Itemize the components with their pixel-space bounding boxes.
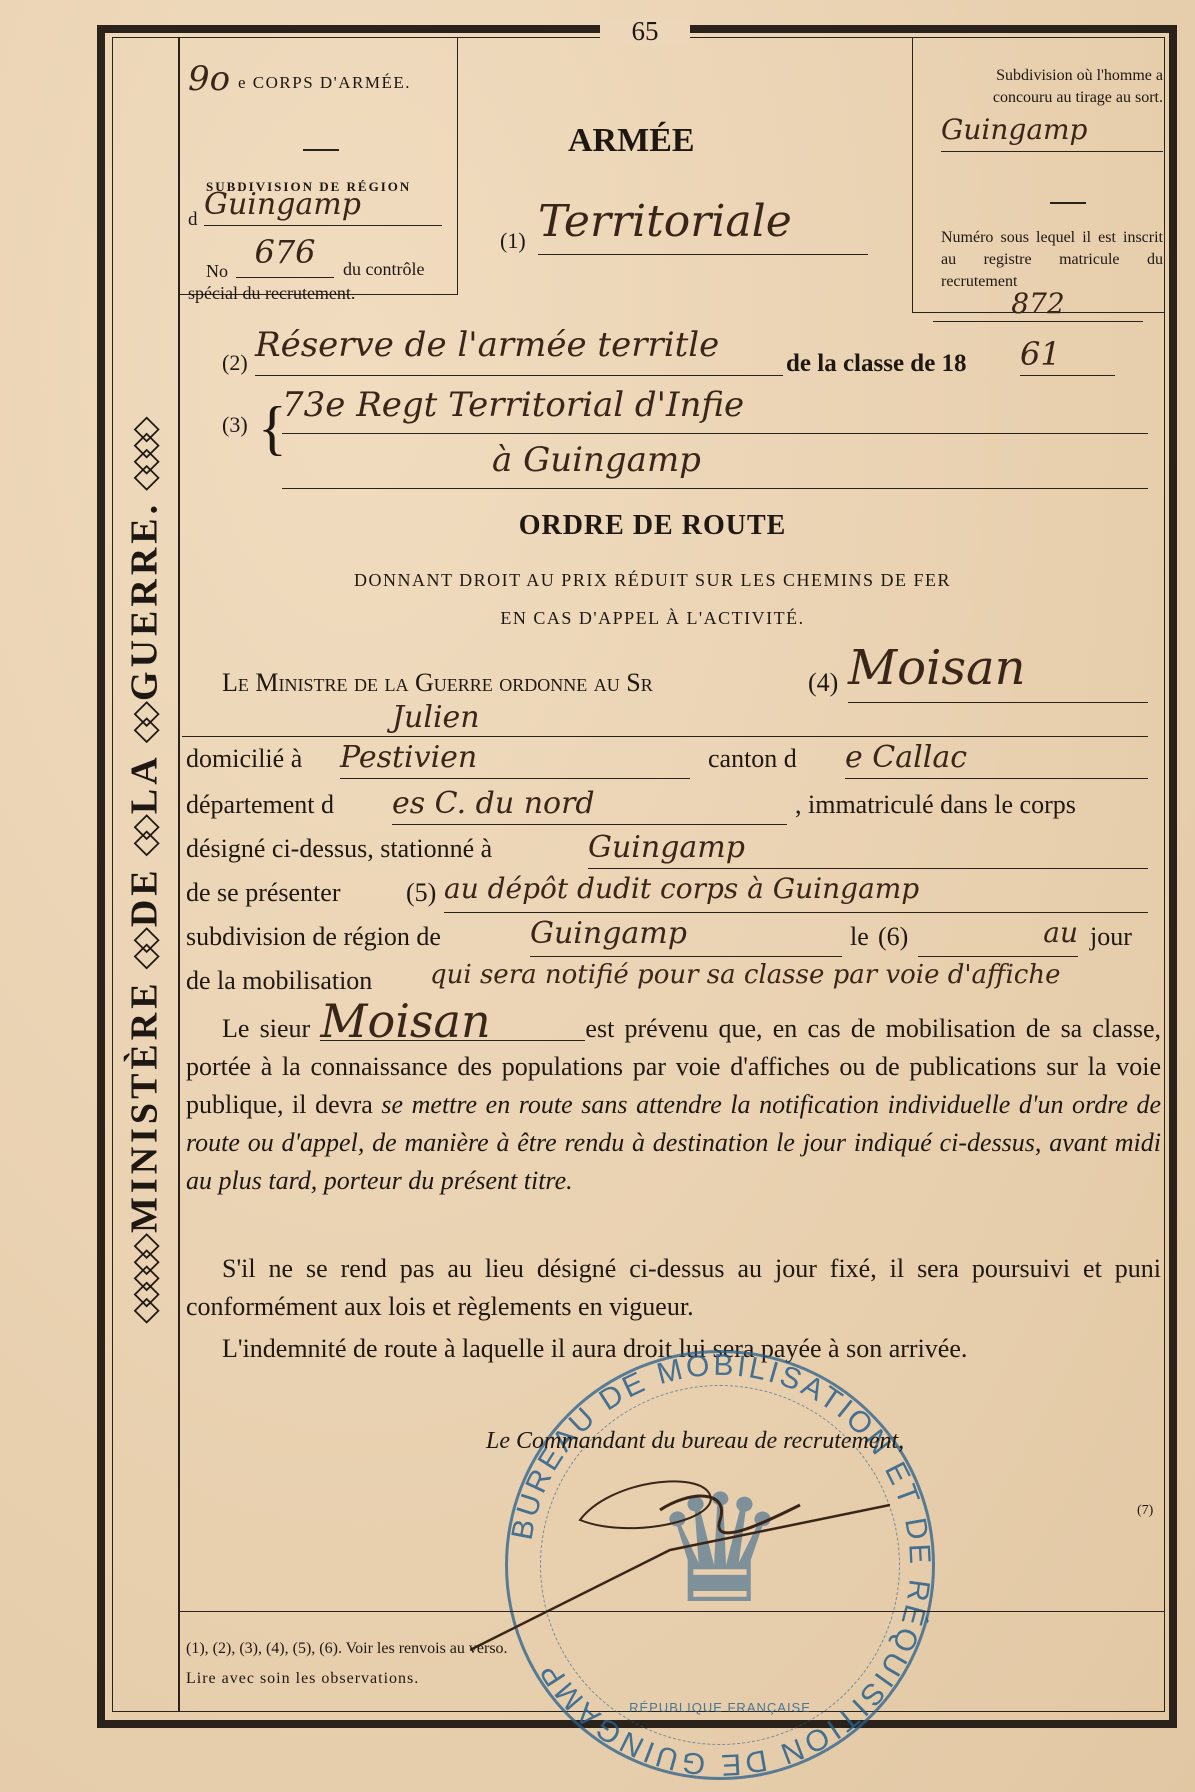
ref-2: (2) [222,350,248,376]
subdivision-region-label: subdivision de région de [186,918,441,956]
ref-6: (6) [878,918,908,956]
canton-field: e Callac [845,740,1148,779]
reserve-field: Réserve de l'armée territle [255,325,783,376]
sieur-label: Le sieur [222,1014,310,1043]
designe-label: désigné ci-dessus, stationné à [186,830,492,868]
corps-label: e CORPS D'ARMÉE. [238,73,411,93]
corps-divider [303,149,339,151]
order-subtitle-2: EN CAS D'APPEL À L'ACTIVITÉ. [0,608,1195,629]
lattice-ornament-icon: ◇◇ [125,824,165,856]
lattice-ornament-icon: ◇◇ [125,937,165,969]
tirage-divider [1050,202,1086,204]
subdivision-region-field: Guingamp [530,916,842,957]
stationne-field: Guingamp [588,830,1148,869]
corps-number: 9o [188,59,230,99]
lattice-ornament-icon: ◇◇◇◇◇ [125,1242,165,1323]
presenter-label: de se présenter [186,874,340,912]
sieur-field: Moisan [320,1002,585,1041]
army-title: ARMÉE [568,122,695,160]
jour-label: jour [1090,918,1132,956]
tirage-box: Subdivision où l'homme a concouru au tir… [912,37,1165,313]
lattice-ornament-icon: ◇◇ [125,710,165,742]
unit-field-1: 73e Regt Territorial d'Infie [282,385,1148,434]
unit-field-2: à Guingamp [282,440,1148,489]
jour-field: au [918,916,1078,957]
page-number: 65 [600,16,690,47]
lattice-ornament-icon: ◇◇◇◇ [125,426,165,491]
strip-word-de: DE [123,866,167,927]
immatricule-label: , immatriculé dans le corps [795,786,1076,824]
subdivision-field: Guingamp [204,187,442,226]
departement-field: es C. du nord [392,786,787,825]
number-field: 676 [236,233,334,278]
army-field: Territoriale [538,196,868,255]
read-note: Lire avec soin les observations. [186,1670,419,1688]
surname-field: Moisan [848,640,1148,703]
canton-label: canton d [708,740,797,778]
strip-word-la: LA [123,753,167,814]
order-title: ORDRE DE ROUTE [0,510,1195,542]
presenter-field: au dépôt dudit corps à Guingamp [444,872,1148,913]
matricule-label: Numéro sous lequel il est inscrit au reg… [941,227,1163,293]
class-label: de la classe de 18 [786,350,967,378]
control-label-2: spécial du recrutement. [188,283,355,304]
class-year-field: 61 [1020,335,1115,376]
ref-5: (5) [406,874,436,912]
ref-1: (1) [500,228,526,254]
signature-mark [470,1450,890,1660]
corps-box: 9o e CORPS D'ARMÉE. SUBDIVISION DE RÉGIO… [178,37,458,295]
matricule-field: 872 [933,287,1143,322]
ref-3: (3) [222,412,248,438]
strip-word-ministere: MINISTÈRE [123,979,167,1233]
le-label: le [850,918,869,956]
domicile-field: Pestivien [340,740,690,779]
refs-note: (1), (2), (3), (4), (5), (6). Voir les r… [186,1640,508,1658]
firstname-field: Julien [182,700,1148,737]
side-strip-text: ◇◇◇◇◇ MINISTÈRE ◇◇ DE ◇◇ LA ◇◇ GUERRE. ◇… [123,426,167,1323]
ref-4: (4) [808,664,838,702]
stamp-center-text: RÉPUBLIQUE FRANÇAISE [600,1700,840,1715]
subdivision-prefix: d [188,209,198,231]
order-subtitle-1: DONNANT DROIT AU PRIX RÉDUIT SUR LES CHE… [0,570,1195,591]
departement-label: département d [186,786,334,824]
control-label-1: du contrôle [343,259,424,280]
number-label: No [206,261,228,282]
mobilisation-field: qui sera notifié pour sa classe par voie… [430,960,1148,1000]
domicile-label: domicilié à [186,740,302,778]
paragraph-1: Le sieur Moisanest prévenu que, en cas d… [186,1002,1161,1200]
footer-top-rule [178,1611,1165,1612]
paragraph-2: S'il ne se rend pas au lieu désigné ci-d… [186,1250,1161,1326]
tirage-label: Subdivision où l'homme a concouru au tir… [941,65,1163,109]
side-strip: ◇◇◇◇◇ MINISTÈRE ◇◇ DE ◇◇ LA ◇◇ GUERRE. ◇… [112,37,178,1712]
ref-7: (7) [1137,1503,1153,1519]
tirage-field: Guingamp [941,113,1163,152]
minister-label: Le Ministre de la Guerre ordonne au Sr [222,664,653,702]
